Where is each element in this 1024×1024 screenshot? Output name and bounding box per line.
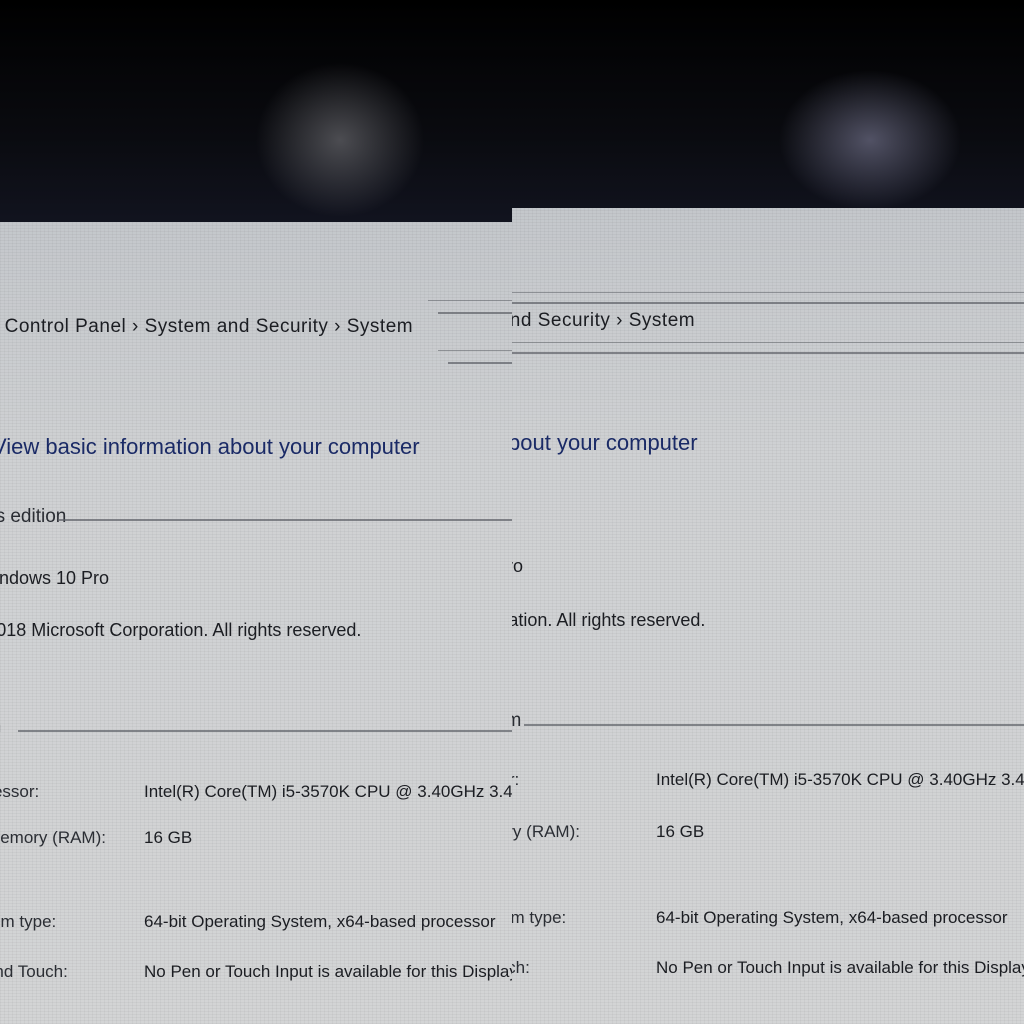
installed-memory-label: Installed memory (RAM):	[512, 822, 580, 842]
address-bar-border	[428, 300, 512, 301]
breadcrumb[interactable]: › Control Panel › System and Security › …	[512, 310, 695, 332]
windows-edition-name: Windows 10 Pro	[0, 568, 109, 589]
address-bar-border	[512, 352, 1024, 354]
pen-touch-label: Pen and Touch:	[0, 962, 68, 982]
page-heading: View basic information about your comput…	[512, 430, 698, 456]
screen-right-half: › Control Panel › System and Security › …	[512, 0, 1024, 1024]
copyright-text: © 2018 Microsoft Corporation. All rights…	[512, 610, 705, 631]
processor-label: Processor:	[512, 770, 519, 790]
section-divider	[18, 730, 512, 732]
address-bar-border	[512, 342, 1024, 343]
pen-touch-value: No Pen or Touch Input is available for t…	[656, 958, 1024, 978]
pen-touch-label: Pen and Touch:	[512, 958, 530, 978]
section-divider	[58, 519, 512, 521]
section-title-system: System	[512, 710, 521, 732]
address-bar-border	[448, 362, 512, 364]
windows-edition-name: Windows 10 Pro	[512, 556, 523, 577]
pen-touch-value: No Pen or Touch Input is available for t…	[144, 962, 512, 982]
page-heading: View basic information about your comput…	[0, 434, 420, 460]
section-title-system: System	[0, 716, 1, 738]
section-title-windows-edition: Windows edition	[0, 506, 66, 528]
system-type-label: System type:	[512, 908, 566, 928]
system-type-value: 64-bit Operating System, x64-based proce…	[144, 912, 496, 932]
installed-memory-label: Installed memory (RAM):	[0, 828, 106, 848]
system-type-value: 64-bit Operating System, x64-based proce…	[656, 908, 1008, 928]
system-window: › Control Panel › System and Security › …	[0, 222, 512, 1024]
processor-value: Intel(R) Core(TM) i5-3570K CPU @ 3.40GHz…	[656, 770, 1024, 790]
address-bar-border	[512, 302, 1024, 304]
installed-memory-value: 16 GB	[656, 822, 704, 842]
processor-label: Processor:	[0, 782, 39, 802]
breadcrumb[interactable]: › Control Panel › System and Security › …	[0, 316, 413, 338]
copyright-text: © 2018 Microsoft Corporation. All rights…	[0, 620, 361, 641]
address-bar-border	[438, 350, 512, 351]
section-divider	[524, 724, 1024, 726]
system-type-label: System type:	[0, 912, 56, 932]
installed-memory-value: 16 GB	[144, 828, 192, 848]
processor-value: Intel(R) Core(TM) i5-3570K CPU @ 3.40GHz…	[144, 782, 512, 802]
system-window: › Control Panel › System and Security › …	[512, 208, 1024, 1024]
address-bar-border	[512, 292, 1024, 293]
screen-left-half: › Control Panel › System and Security › …	[0, 0, 512, 1024]
address-bar-border	[438, 312, 512, 314]
